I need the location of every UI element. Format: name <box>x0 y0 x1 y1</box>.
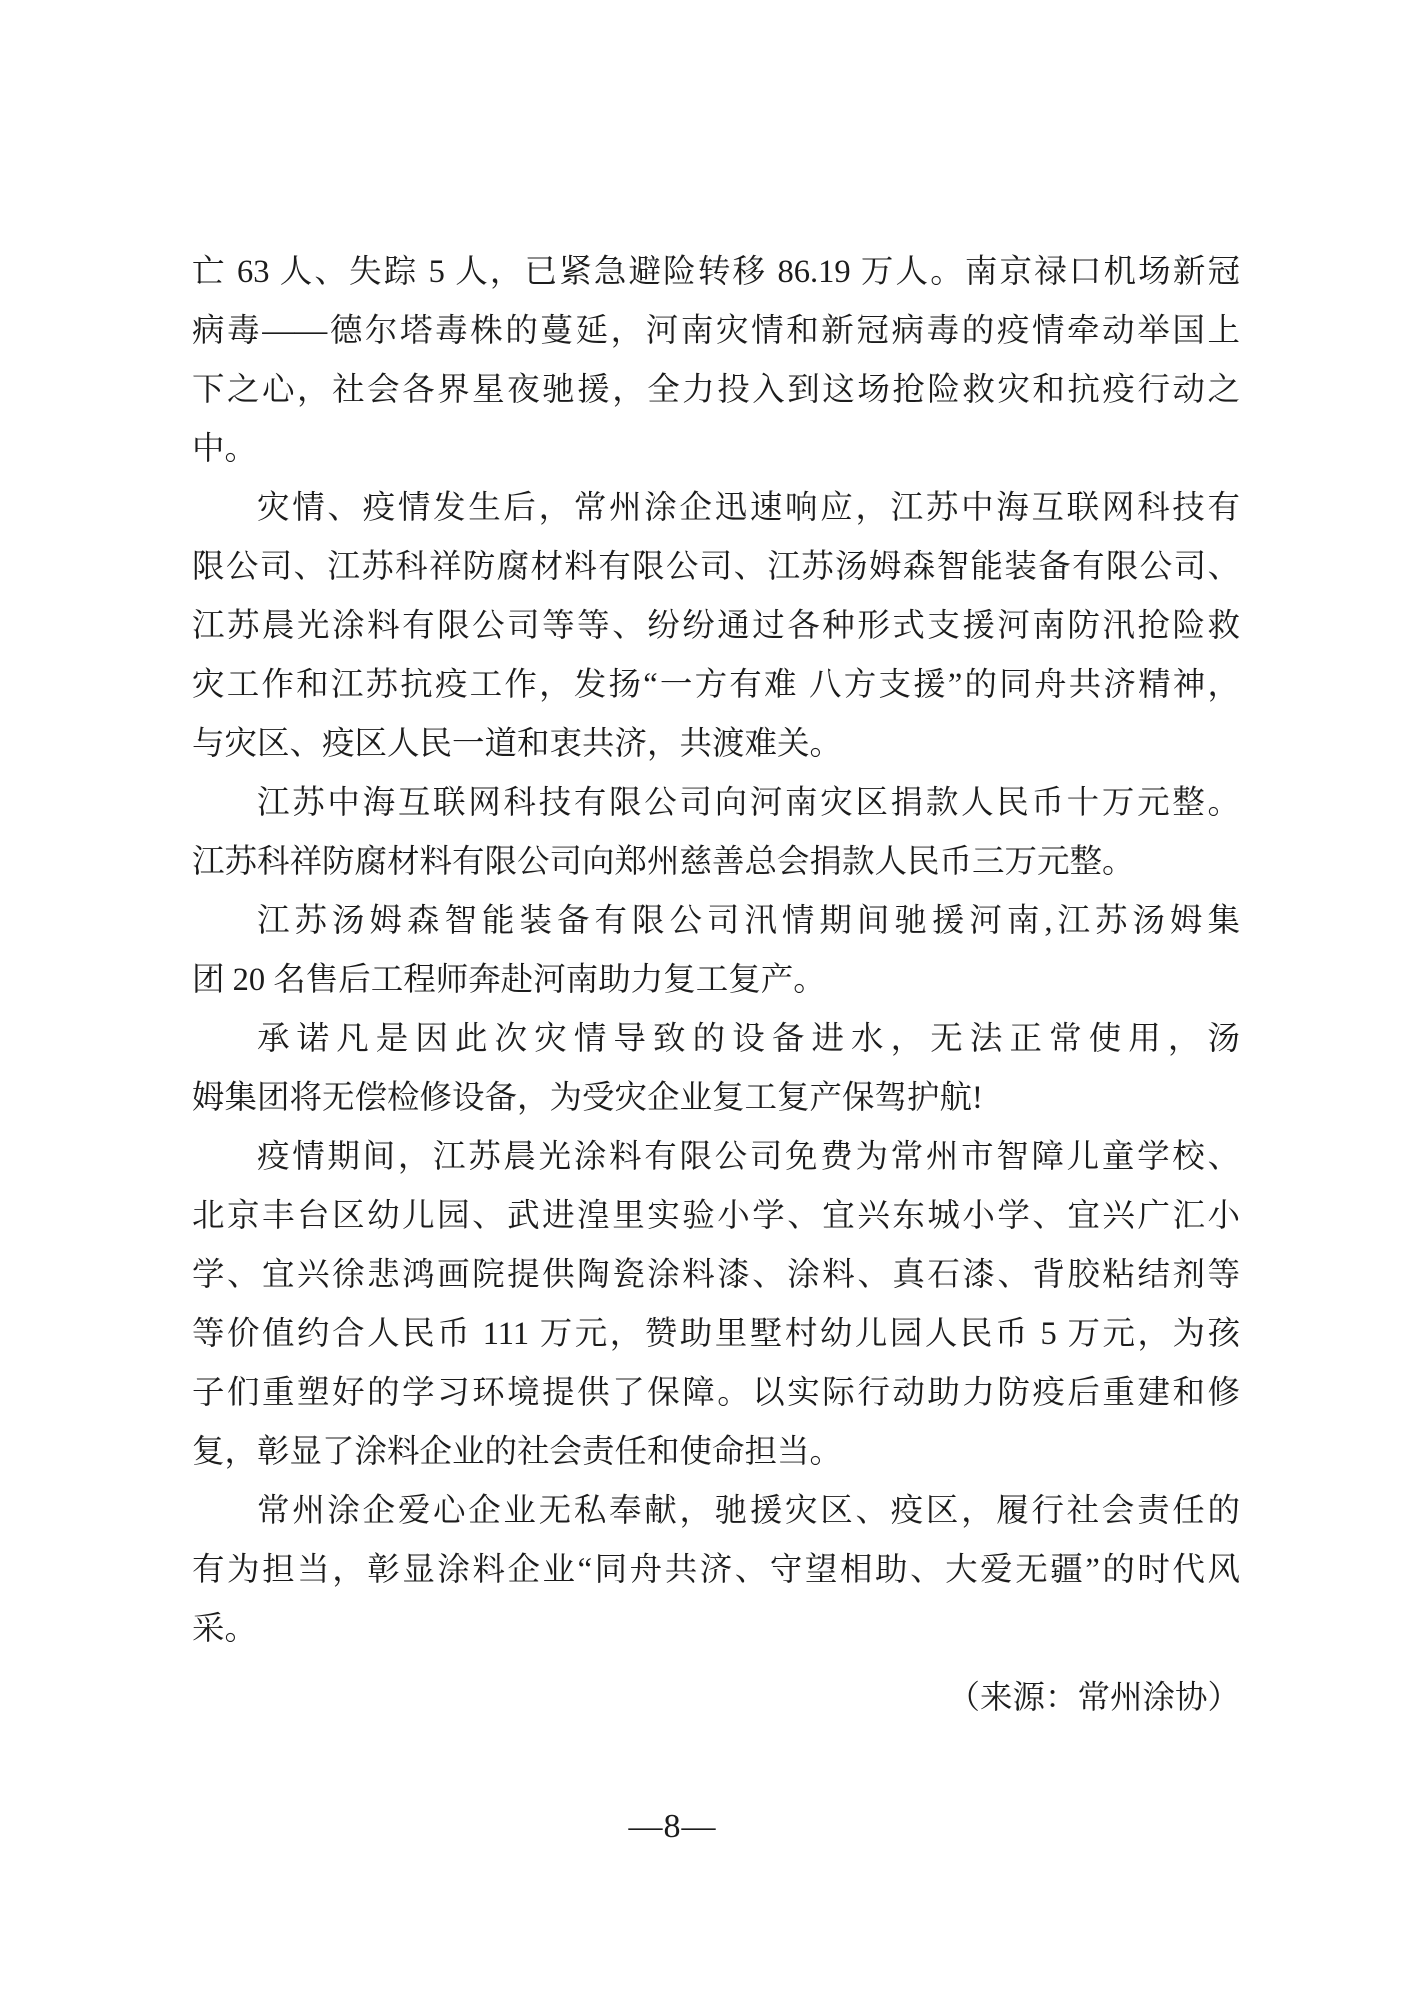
text-line: 江苏晨光涂料有限公司等等、纷纷通过各种形式支援河南防汛抢险救 <box>192 597 1240 656</box>
text-line: 病毒——德尔塔毒株的蔓延，河南灾情和新冠病毒的疫情牵动举国上 <box>192 302 1240 361</box>
text-line: 采。 <box>192 1600 1240 1659</box>
text-line: 与灾区、疫区人民一道和衷共济，共渡难关。 <box>192 715 1240 774</box>
text-line: 下之心，社会各界星夜驰援，全力投入到这场抢险救灾和抗疫行动之 <box>192 361 1240 420</box>
text-line: 中。 <box>192 420 1240 479</box>
text-line: 承诺凡是因此次灾情导致的设备进水，无法正常使用，汤 <box>192 1010 1240 1069</box>
text-line: 灾工作和江苏抗疫工作，发扬“一方有难 八方支援”的同舟共济精神， <box>192 656 1240 715</box>
paragraph: 常州涂企爱心企业无私奉献，驰援灾区、疫区，履行社会责任的有为担当，彰显涂料企业“… <box>192 1482 1240 1659</box>
page-number: —8— <box>0 1797 1345 1856</box>
text-line: 学、宜兴徐悲鸿画院提供陶瓷涂料漆、涂料、真石漆、背胶粘结剂等 <box>192 1246 1240 1305</box>
text-line: 复，彰显了涂料企业的社会责任和使命担当。 <box>192 1423 1240 1482</box>
paragraph: 亡 63 人、失踪 5 人，已紧急避险转移 86.19 万人。南京禄口机场新冠病… <box>192 243 1240 479</box>
paragraph: 承诺凡是因此次灾情导致的设备进水，无法正常使用，汤姆集团将无偿检修设备，为受灾企… <box>192 1010 1240 1128</box>
text-line: 限公司、江苏科祥防腐材料有限公司、江苏汤姆森智能装备有限公司、 <box>192 538 1240 597</box>
text-line: 等价值约合人民币 111 万元，赞助里墅村幼儿园人民币 5 万元，为孩 <box>192 1305 1240 1364</box>
text-line: 子们重塑好的学习环境提供了保障。以实际行动助力防疫后重建和修 <box>192 1364 1240 1423</box>
paragraph: 江苏汤姆森智能装备有限公司汛情期间驰援河南,江苏汤姆集团 20 名售后工程师奔赴… <box>192 892 1240 1010</box>
text-line: 灾情、疫情发生后，常州涂企迅速响应，江苏中海互联网科技有 <box>192 479 1240 538</box>
text-line: 姆集团将无偿检修设备，为受灾企业复工复产保驾护航! <box>192 1069 1240 1128</box>
text-line: 江苏汤姆森智能装备有限公司汛情期间驰援河南,江苏汤姆集 <box>192 892 1240 951</box>
paragraph: 江苏中海互联网科技有限公司向河南灾区捐款人民币十万元整。江苏科祥防腐材料有限公司… <box>192 774 1240 892</box>
text-line: 团 20 名售后工程师奔赴河南助力复工复产。 <box>192 951 1240 1010</box>
text-line: 北京丰台区幼儿园、武进湟里实验小学、宜兴东城小学、宜兴广汇小 <box>192 1187 1240 1246</box>
document-page: 亡 63 人、失踪 5 人，已紧急避险转移 86.19 万人。南京禄口机场新冠病… <box>0 0 1415 2000</box>
paragraph: 灾情、疫情发生后，常州涂企迅速响应，江苏中海互联网科技有限公司、江苏科祥防腐材料… <box>192 479 1240 774</box>
text-line: 常州涂企爱心企业无私奉献，驰援灾区、疫区，履行社会责任的 <box>192 1482 1240 1541</box>
source-attribution: （来源：常州涂协） <box>192 1669 1240 1728</box>
paragraphs-container: 亡 63 人、失踪 5 人，已紧急避险转移 86.19 万人。南京禄口机场新冠病… <box>192 243 1240 1659</box>
document-body: 亡 63 人、失踪 5 人，已紧急避险转移 86.19 万人。南京禄口机场新冠病… <box>192 243 1240 1728</box>
text-line: 亡 63 人、失踪 5 人，已紧急避险转移 86.19 万人。南京禄口机场新冠 <box>192 243 1240 302</box>
text-line: 江苏科祥防腐材料有限公司向郑州慈善总会捐款人民币三万元整。 <box>192 833 1240 892</box>
text-line: 有为担当，彰显涂料企业“同舟共济、守望相助、大爱无疆”的时代风 <box>192 1541 1240 1600</box>
text-line: 江苏中海互联网科技有限公司向河南灾区捐款人民币十万元整。 <box>192 774 1240 833</box>
paragraph: 疫情期间，江苏晨光涂料有限公司免费为常州市智障儿童学校、北京丰台区幼儿园、武进湟… <box>192 1128 1240 1482</box>
text-line: 疫情期间，江苏晨光涂料有限公司免费为常州市智障儿童学校、 <box>192 1128 1240 1187</box>
